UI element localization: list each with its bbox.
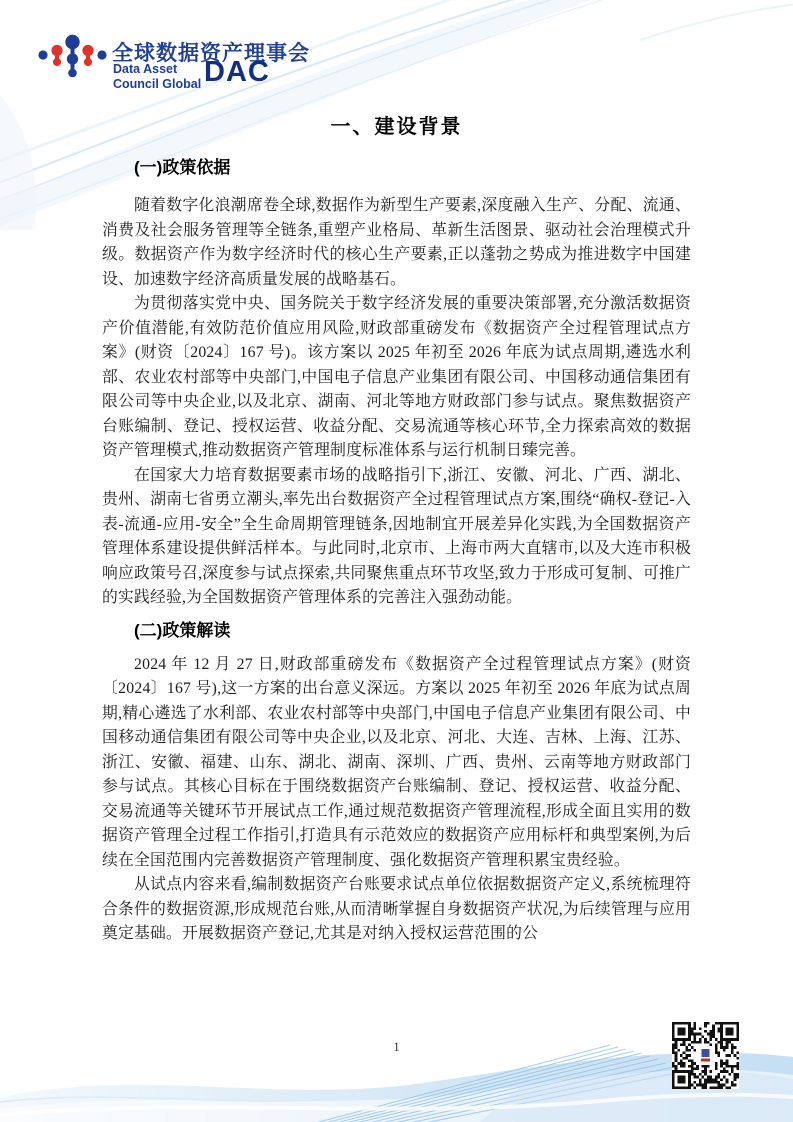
page-header: 全球数据资产理事会 Data Asset Council Global DAC	[0, 0, 793, 100]
org-name-english-line2: Council Global	[113, 77, 201, 92]
org-name-english-line1: Data Asset	[113, 62, 201, 77]
paragraph: 从试点内容来看,编制数据资产台账要求试点单位依据数据资产定义,系统梳理符合条件的…	[102, 873, 691, 947]
paragraph: 在国家大力培育数据要素市场的战略指引下,浙江、安徽、河北、广西、湖北、贵州、湖南…	[102, 464, 691, 611]
paragraph: 2024 年 12 月 27 日,财政部重磅发布《数据资产全过程管理试点方案》(…	[102, 653, 691, 874]
qr-code-image	[672, 1022, 739, 1089]
section-heading-policy-interpretation: (二)政策解读	[102, 619, 691, 643]
dot-cluster-logo-icon	[33, 33, 109, 83]
document-content: 一、建设背景 (一)政策依据 随着数字化浪潮席卷全球,数据作为新型生产要素,深度…	[102, 106, 691, 947]
org-name-english: Data Asset Council Global	[113, 62, 201, 91]
document-page: 全球数据资产理事会 Data Asset Council Global DAC …	[0, 0, 793, 1122]
section-heading-policy-basis: (一)政策依据	[102, 156, 691, 180]
dac-wordmark: DAC	[204, 56, 270, 89]
paragraph: 为贯彻落实党中央、国务院关于数字经济发展的重要决策部署,充分激活数据资产价值潜能…	[102, 292, 691, 464]
page-title: 一、建设背景	[102, 112, 691, 142]
paragraph: 随着数字化浪潮席卷全球,数据作为新型生产要素,深度融入生产、分配、流通、消费及社…	[102, 194, 691, 292]
